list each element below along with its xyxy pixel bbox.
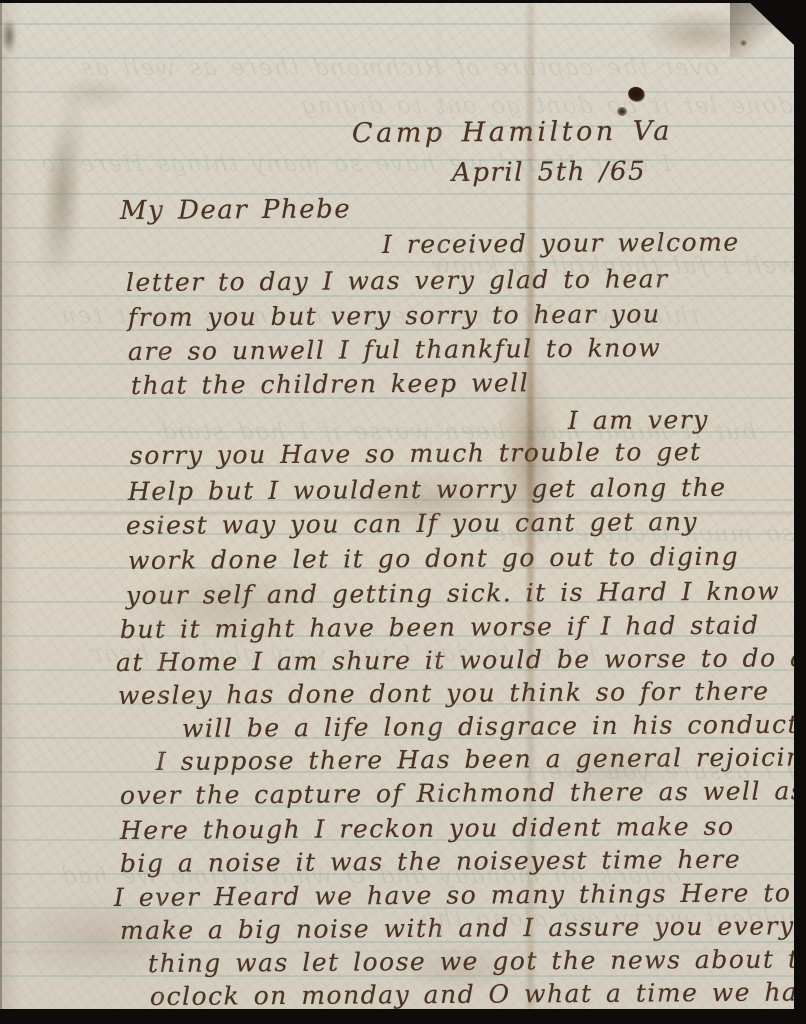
letter-date-line: April 5th /65 — [452, 157, 646, 188]
letter-body-line: over the capture of Richmond there as we… — [120, 776, 805, 810]
letter-body-line: at Home I am shure it would be worse to … — [116, 643, 806, 677]
fold-crease-horizontal — [0, 949, 794, 952]
letter-body-line: I ever Heard we have so many things Here… — [114, 878, 792, 912]
letter-body-line: I suppose there Has been a general rejoi… — [156, 742, 806, 776]
letter-salutation: My Dear Phebe — [120, 194, 351, 226]
ink-blot — [617, 107, 627, 116]
fold-crease-horizontal — [0, 262, 794, 265]
letter-body-line: your self and getting sick. it is Hard I… — [126, 576, 780, 610]
letter-body-line: Here though I reckon you dident make so — [120, 812, 735, 845]
letter-body-line: will be a life long disgrace in his cond… — [182, 710, 799, 743]
letter-body-line: letter to day I was very glad to hear — [126, 264, 669, 297]
letter-body-line: wesley has done dont you think so for th… — [118, 676, 770, 710]
fold-crease-vertical — [160, 3, 163, 1009]
fold-crease-vertical — [438, 3, 441, 1009]
letter-body-line: sorry you Have so much trouble to get — [130, 437, 702, 470]
letter-place-line: Camp Hamilton Va — [352, 116, 673, 149]
paper-left-edge — [0, 3, 2, 1009]
letter-paper: over the capture of Richmond there as we… — [0, 3, 794, 1009]
letter-body-line: big a noise it was the noiseyest time he… — [120, 845, 741, 878]
edge-mark — [2, 19, 16, 53]
fold-crease-vertical-stained — [527, 3, 534, 1009]
fold-crease-vertical — [658, 3, 661, 1009]
letter-body-line: I received your welcome — [382, 228, 740, 259]
letter-body-line: Help but I wouldent worry get along the — [128, 473, 727, 506]
foxing-spot — [740, 40, 747, 46]
scanned-letter-page: over the capture of Richmond there as we… — [0, 0, 806, 1024]
letter-body-line: that the children keep well — [131, 368, 529, 400]
bleedthrough-text: work done let it go dont go out to digin… — [299, 93, 806, 119]
bleedthrough-text: over the capture of Richmond there as we… — [79, 55, 720, 81]
letter-body-line: I am very — [568, 405, 709, 435]
letter-body-line: make a big noise with and I assure you e… — [120, 911, 795, 945]
fold-crease-horizontal — [0, 509, 794, 514]
letter-body-line: are so unwell I ful thankful to know — [128, 333, 661, 366]
letter-body-line: oclock on monday and O what a time we ha… — [150, 977, 806, 1011]
letter-body-line: from you but very sorry to hear you — [128, 299, 661, 332]
letter-body-line: work done let it go dont go out to digin… — [128, 542, 739, 575]
folded-corner-shadow — [730, 3, 794, 57]
